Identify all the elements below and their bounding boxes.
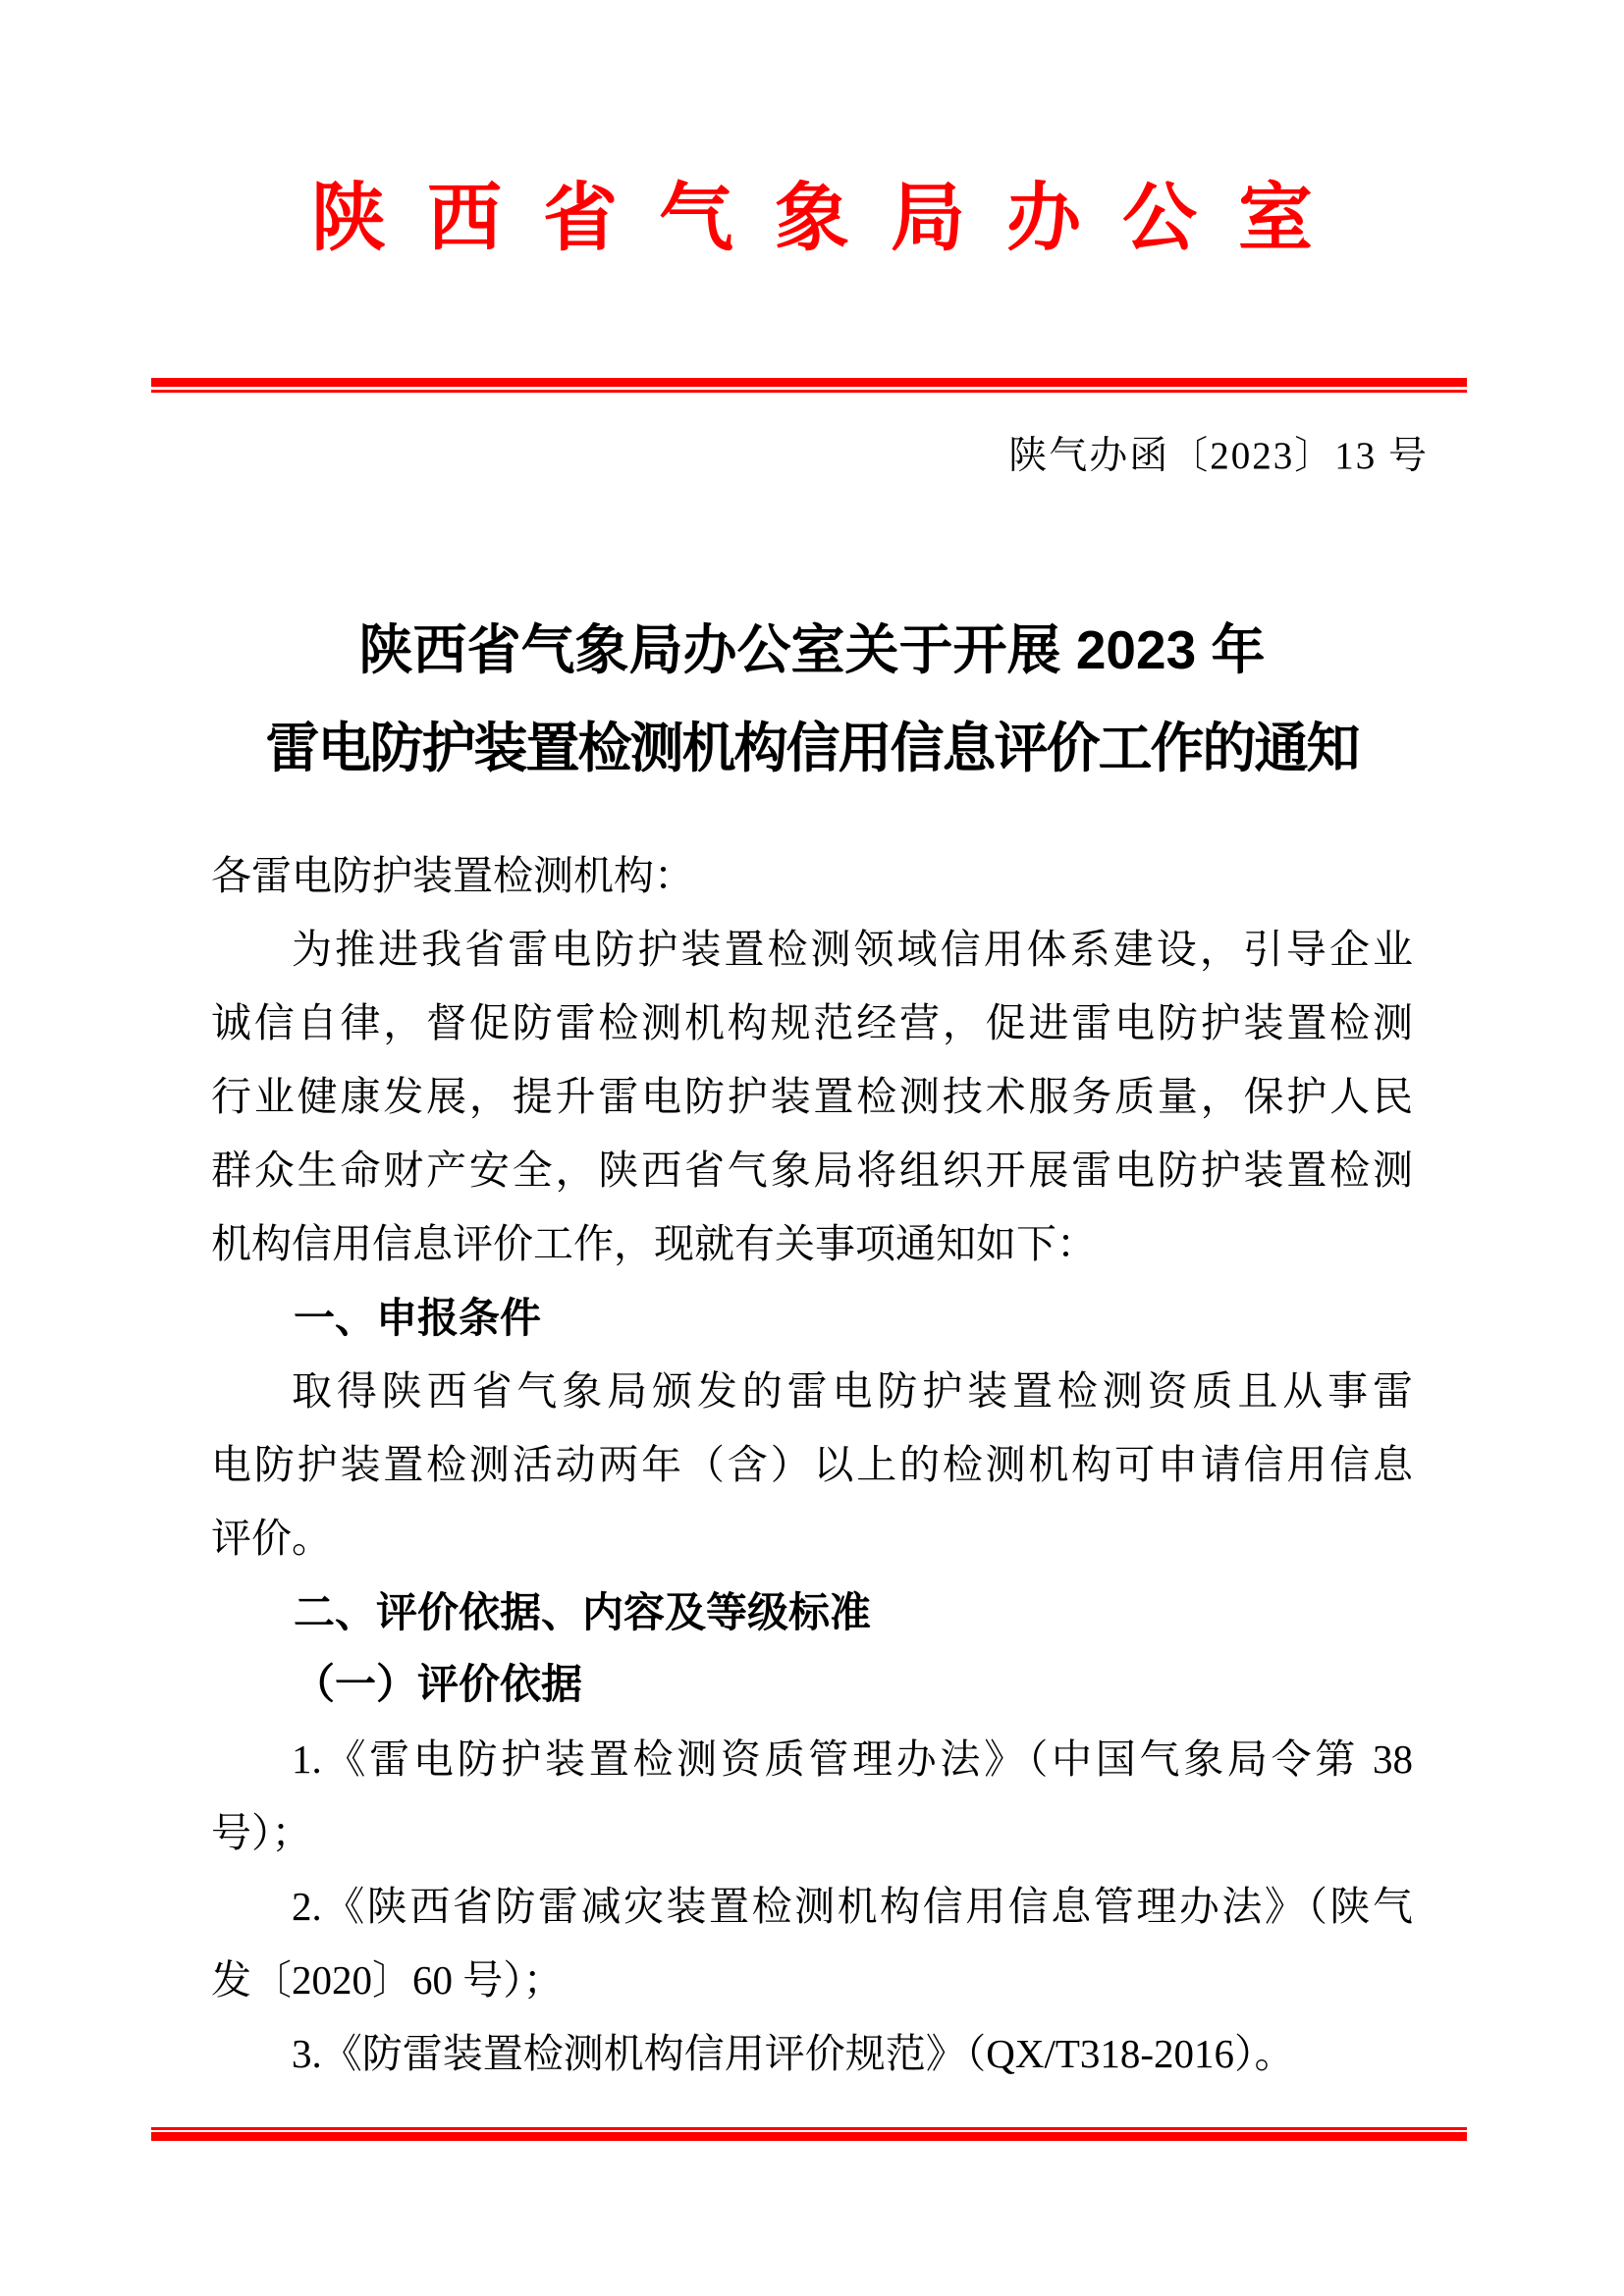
section-heading: 一、申报条件 (211, 1281, 1413, 1355)
body-line: 取得陕西省气象局颁发的雷电防护装置检测资质且从事雷 (211, 1355, 1413, 1428)
body-line: 发〔2020〕60 号）； (211, 1944, 1413, 2017)
body-line: 行业健康发展，提升雷电防护装置检测技术服务质量，保护人民 (211, 1060, 1413, 1134)
footer-rule (151, 2127, 1467, 2141)
body-line: 2.《陕西省防雷减灾装置检测机构信用信息管理办法》（陕气 (211, 1870, 1413, 1944)
body-line: 机构信用信息评价工作，现就有关事项通知如下： (211, 1207, 1413, 1281)
document-title: 陕西省气象局办公室关于开展 2023 年 雷电防护装置检测机构信用信息评价工作的… (0, 601, 1624, 797)
document-page: 陕西省气象局办公室 陕气办函〔2023〕13 号 陕西省气象局办公室关于开展 2… (0, 0, 1624, 2296)
body-line: 评价。 (211, 1502, 1413, 1575)
document-body: 各雷电防护装置检测机构：为推进我省雷电防护装置检测领域信用体系建设，引导企业诚信… (211, 839, 1413, 2091)
doc-number: 陕气办函〔2023〕13 号 (1008, 433, 1429, 480)
body-line: 诚信自律，督促防雷检测机构规范经营，促进雷电防护装置检测 (211, 987, 1413, 1060)
masthead-title: 陕西省气象局办公室 (0, 175, 1624, 263)
header-rule (151, 378, 1467, 393)
title-line-2: 雷电防护装置检测机构信用信息评价工作的通知 (0, 699, 1624, 797)
body-line: 1.《雷电防护装置检测资质管理办法》（中国气象局令第 38 (211, 1723, 1413, 1796)
body-line: 为推进我省雷电防护装置检测领域信用体系建设，引导企业 (211, 913, 1413, 987)
title-line-1: 陕西省气象局办公室关于开展 2023 年 (0, 601, 1624, 699)
section-heading: （一）评价依据 (211, 1649, 1413, 1723)
section-heading: 二、评价依据、内容及等级标准 (211, 1575, 1413, 1649)
body-line: 电防护装置检测活动两年（含）以上的检测机构可申请信用信息 (211, 1428, 1413, 1502)
body-line: 3.《防雷装置检测机构信用评价规范》（QX/T318-2016）。 (211, 2017, 1413, 2091)
body-line: 群众生命财产安全，陕西省气象局将组织开展雷电防护装置检测 (211, 1134, 1413, 1207)
body-line: 各雷电防护装置检测机构： (211, 839, 1413, 913)
body-line: 号）； (211, 1796, 1413, 1870)
